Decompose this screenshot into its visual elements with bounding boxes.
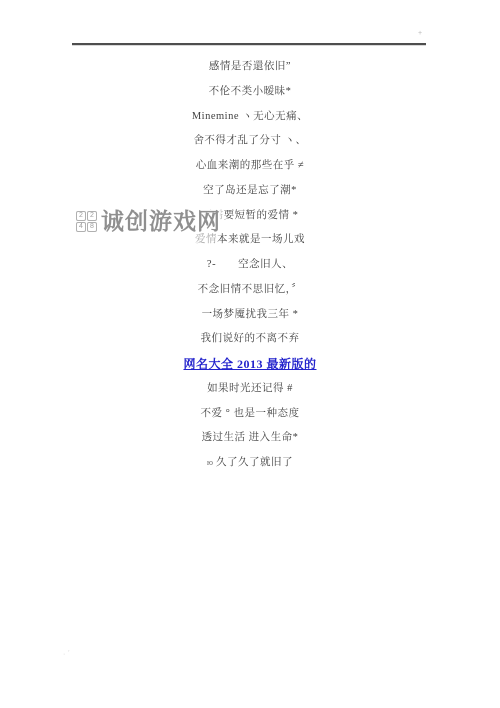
text-line: 感情是否還依旧” xyxy=(0,55,500,80)
netname-collection-link[interactable]: 网名大全 2013 最新版的 xyxy=(183,357,316,371)
site-watermark: 2248 诚创游戏网 xyxy=(76,208,221,234)
watermark-site-name: 诚创游戏网 xyxy=(101,208,221,234)
text-line: 如果时光还记得 # xyxy=(0,377,500,402)
text-line: Minemine ヽ无心无痛、 xyxy=(0,105,500,130)
text-line: 不爱 ° 也是一种态度 xyxy=(0,402,500,427)
text-line: 舍不得才乱了分寸 ヽ、 xyxy=(0,129,500,154)
text-line: ?- 空念旧人、 xyxy=(0,253,500,278)
text-segment: 爱情 xyxy=(195,234,217,245)
text-line: 空了岛还是忘了潮* xyxy=(0,179,500,204)
text-line: ю 久了久了就旧了 xyxy=(0,451,500,476)
text-line: 不念旧情不思旧忆，〞 xyxy=(0,278,500,303)
text-line: 我们说好的不离不弃 xyxy=(0,327,500,352)
text-segment: 要短暂的爱情 * xyxy=(224,210,299,221)
text-segment: ю xyxy=(207,458,216,467)
text-line: 不伦不类小暧昧* xyxy=(0,80,500,105)
watermark-digit: 2 xyxy=(87,211,97,221)
text-line: 心血来潮的那些在乎 ≠ xyxy=(0,154,500,179)
watermark-digit: 2 xyxy=(76,211,86,221)
document-page: + 感情是否還依旧”不伦不类小暧昧*Minemine ヽ无心无痛、舍不得才乱了分… xyxy=(0,0,500,708)
watermark-digit-grid: 2248 xyxy=(76,211,97,232)
text-segment: 久了久了就旧了 xyxy=(216,457,293,468)
watermark-digit: 4 xyxy=(76,222,86,232)
text-lines: 感情是否還依旧”不伦不类小暧昧*Minemine ヽ无心无痛、舍不得才乱了分寸 … xyxy=(0,55,500,476)
header-rule xyxy=(72,43,426,46)
text-segment: 本来就是一场儿戏 xyxy=(217,234,305,245)
text-line: 透过生活 进入生命* xyxy=(0,426,500,451)
text-line: 一场梦魇扰我三年 * xyxy=(0,303,500,328)
link-line: 网名大全 2013 最新版的 xyxy=(0,352,500,377)
watermark-digit: 8 xyxy=(87,222,97,232)
text-line: 爱情本来就是一场儿戏 xyxy=(0,228,500,253)
top-right-mark: + xyxy=(418,30,422,37)
text-line: 不需要短暂的爱情 * xyxy=(0,204,500,229)
bottom-left-mark: ·ˊ xyxy=(63,651,72,658)
